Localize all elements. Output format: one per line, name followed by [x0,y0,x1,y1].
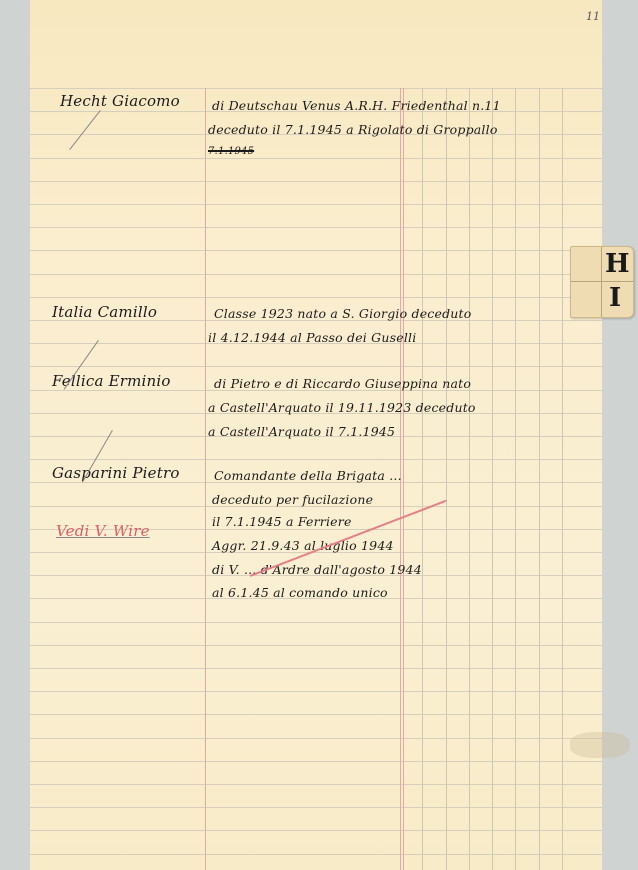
paper-stain [570,732,630,758]
ruling-line [30,645,602,646]
ruling-line [30,622,602,623]
margin-red-line [205,88,206,870]
entry-line: il 7.1.1945 a Ferriere [212,514,352,529]
ruling-line [30,668,602,669]
entry-line: a Castell'Arquato il 7.1.1945 [208,424,395,439]
grid-column-line [492,88,493,870]
ruling-line [30,738,602,739]
ruling-line [30,274,602,275]
index-letter-h: H [605,249,630,279]
ruling-line [30,714,602,715]
tab-divider [601,247,602,317]
ruling-line [30,297,602,298]
grid-column-line [515,88,516,870]
entry-line: Aggr. 21.9.43 al luglio 1944 [212,538,394,553]
ruling-line [30,807,602,808]
entry-line: a Castell'Arquato il 19.11.1923 deceduto [208,400,476,415]
ruling-line [30,204,602,205]
entry-line: Comandante della Brigata ... [214,468,402,483]
ruling-line [30,459,602,460]
ruling-line [30,854,602,855]
entry-line: il 4.12.1944 al Passo dei Guselli [208,330,416,345]
ruling-line [30,761,602,762]
index-tab[interactable]: H I [570,246,634,318]
ruling-line [30,784,602,785]
page-number: 11 [586,10,600,23]
ruling-line [30,250,602,251]
entry-line: deceduto per fucilazione [212,492,373,507]
tab-divider [571,281,633,282]
ruling-line [30,88,602,89]
grid-column-line [422,88,423,870]
ruling-line [30,691,602,692]
ruling-line [30,830,602,831]
entry-line: di Deutschau Venus A.R.H. Friedenthal n.… [212,98,501,113]
ruling-line [30,227,602,228]
red-annotation: Vedi V. Wire [56,522,150,540]
entry-line: al 6.1.45 al comando unico [212,585,388,600]
entry-line: Classe 1923 nato a S. Giorgio deceduto [214,306,472,321]
ruling-line [30,366,602,367]
entry-name: Hecht Giacomo [60,92,180,110]
entry-line: di Pietro e di Riccardo Giuseppina nato [214,376,471,391]
index-letter-i: I [609,283,621,313]
grid-column-line [446,88,447,870]
entry-name: Italia Camillo [52,303,157,321]
entry-line: di V. ... d'Ardre dall'agosto 1944 [212,562,422,577]
ruling-line [30,158,602,159]
grid-column-line [562,88,563,870]
entry-line-struck: 7.1.1945 [208,146,254,157]
grid-column-line [469,88,470,870]
entry-line: deceduto il 7.1.1945 a Rigolato di Gropp… [208,122,498,137]
grid-column-line [539,88,540,870]
entry-name: Gasparini Pietro [52,464,180,482]
column-red-line-2 [403,88,404,870]
ruling-line [30,181,602,182]
